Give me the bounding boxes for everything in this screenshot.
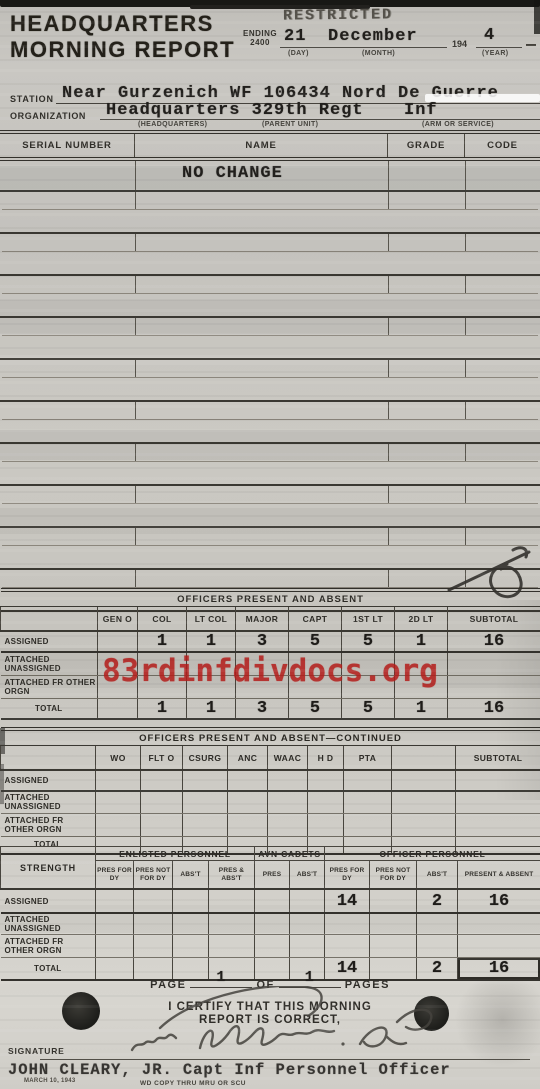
- roster-blank-row: [0, 360, 540, 402]
- officers-columns-row: GEN O COL LT COL MAJOR CAPT 1ST LT 2D LT…: [1, 607, 540, 632]
- arm-of-service-caption: (ARM OR SERVICE): [422, 121, 494, 128]
- row-label: ATTACHED FR OTHER ORGN: [1, 813, 96, 836]
- sub-col: PRESENT & ABSENT: [458, 861, 540, 890]
- pages-label: PAGES: [345, 979, 390, 991]
- col-header: H D: [308, 746, 344, 771]
- ending-label: ENDING 2400: [243, 29, 277, 47]
- col-header: CAPT: [289, 607, 342, 632]
- value-cell: [98, 698, 138, 719]
- group-officer: OFFICER PERSONNEL: [325, 847, 540, 861]
- sub-col: PRES FOR DY: [96, 861, 134, 890]
- row-label: ATTACHED FR OTHER ORGN: [1, 935, 96, 958]
- value-cell: 1: [138, 631, 187, 652]
- morning-report-form: HEADQUARTERS MORNING REPORT RESTRICTED E…: [0, 0, 540, 1089]
- year-value: 4: [484, 26, 495, 45]
- organization-label: ORGANIZATION: [10, 111, 86, 121]
- strength-table: STRENGTH ENLISTED PERSONNEL AVN CADETS O…: [0, 846, 540, 981]
- pages-value: 1: [279, 969, 341, 986]
- of-label: OF: [256, 979, 274, 991]
- form-title-line2: MORNING REPORT: [10, 37, 235, 63]
- value-cell: 1: [395, 698, 448, 719]
- station-label: STATION: [10, 94, 54, 104]
- value-cell: 16: [458, 889, 540, 913]
- group-enlisted: ENLISTED PERSONNEL: [96, 847, 255, 861]
- roster-entry: NO CHANGE: [182, 164, 283, 183]
- arm-of-service-value: Inf: [404, 101, 438, 120]
- officers-continued-table: OFFICERS PRESENT AND ABSENT—CONTINUED WO…: [0, 727, 540, 855]
- col-header: LT COL: [187, 607, 236, 632]
- year-underline: [476, 47, 522, 48]
- col-header: MAJOR: [236, 607, 289, 632]
- sub-col: PRES FOR DY: [325, 861, 370, 890]
- sub-col: PRES: [255, 861, 290, 890]
- restricted-stamp: RESTRICTED: [283, 6, 393, 24]
- roster-header-row: SERIAL NUMBER NAME GRADE CODE: [0, 130, 540, 161]
- col-header: PTA: [344, 746, 392, 771]
- col-header: COL: [138, 607, 187, 632]
- roster-blank-row: [0, 402, 540, 444]
- officers-section-title: OFFICERS PRESENT AND ABSENT: [1, 590, 540, 607]
- col-header: GEN O: [98, 607, 138, 632]
- value-cell: 3: [236, 698, 289, 719]
- continued-assigned-row: ASSIGNED: [1, 770, 540, 791]
- strength-attached-fr-row: ATTACHED FR OTHER ORGN: [1, 935, 540, 958]
- col-header: WAAC: [268, 746, 308, 771]
- sub-col: PRES NOT FOR DY: [370, 861, 417, 890]
- year-prefix: 194: [452, 39, 467, 49]
- typed-name-line: JOHN CLEARY, JR.Capt Inf Personnel Offic…: [8, 1061, 451, 1079]
- row-label: ASSIGNED: [1, 631, 98, 652]
- continued-attached-fr-row: ATTACHED FR OTHER ORGN: [1, 813, 540, 836]
- value-cell: 3: [236, 631, 289, 652]
- day-caption: (DAY): [288, 50, 309, 57]
- col-code: CODE: [465, 134, 540, 157]
- typed-name: JOHN CLEARY, JR.: [8, 1061, 173, 1079]
- value-cell: 2: [417, 889, 458, 913]
- organization-underline: [100, 119, 540, 120]
- strength-assigned-row: ASSIGNED 14 2 16: [1, 889, 540, 913]
- roster-blank-row: [0, 234, 540, 276]
- col-header: ANC: [228, 746, 268, 771]
- typed-title: Capt Inf Personnel Officer: [183, 1061, 451, 1079]
- parent-unit-caption: (PARENT UNIT): [262, 121, 318, 128]
- col-header: SUBTOTAL: [448, 607, 540, 632]
- day-value: 21: [284, 27, 306, 46]
- date-underline: [280, 47, 447, 48]
- value-cell: 16: [448, 698, 540, 719]
- sub-col: PRES NOT FOR DY: [134, 861, 173, 890]
- officers-total-row: TOTAL 1 1 3 5 5 1 16: [1, 698, 540, 719]
- row-label: ATTACHED UNASSIGNED: [1, 791, 96, 813]
- page-label: PAGE: [150, 979, 186, 991]
- col-grade: GRADE: [388, 134, 465, 157]
- value-cell: 5: [342, 631, 395, 652]
- copy-routing-note: WD COPY THRU MRU OR SCU: [140, 1080, 246, 1087]
- sub-col: ABS'T: [173, 861, 209, 890]
- site-watermark: 83rdinfdivdocs.org: [0, 653, 540, 689]
- form-title-line1: HEADQUARTERS: [10, 11, 235, 37]
- strength-attached-unassigned-row: ATTACHED UNASSIGNED: [1, 913, 540, 935]
- roster-entry-row: NO CHANGE: [0, 161, 540, 192]
- row-label: ATTACHED UNASSIGNED: [1, 913, 96, 935]
- row-label: ASSIGNED: [1, 770, 96, 791]
- col-header: WO: [96, 746, 141, 771]
- month-caption: (MONTH): [362, 50, 395, 57]
- value-cell: 5: [289, 698, 342, 719]
- roster-blank-row: [0, 318, 540, 360]
- roster-blank-row: [0, 276, 540, 318]
- roster-blank-row: [0, 444, 540, 486]
- group-avn-cadets: AVN CADETS: [255, 847, 325, 861]
- certification-text: I CERTIFY THAT THIS MORNING REPORT IS CO…: [0, 1001, 540, 1027]
- value-cell: [370, 889, 417, 913]
- page-count-line: PAGE1OF1PAGES: [0, 973, 540, 991]
- form-title: HEADQUARTERS MORNING REPORT: [10, 11, 235, 63]
- col-header: 1ST LT: [342, 607, 395, 632]
- strength-label: STRENGTH: [1, 847, 96, 890]
- organization-value: Headquarters 329th Regt: [106, 101, 364, 120]
- signature-label: SIGNATURE: [8, 1046, 65, 1056]
- page-value: 1: [190, 969, 252, 986]
- col-serial-number: SERIAL NUMBER: [0, 134, 135, 157]
- value-cell: 14: [325, 889, 370, 913]
- year-caption: (YEAR): [482, 50, 509, 57]
- roster-blank-row: [0, 486, 540, 528]
- value-cell: [98, 631, 138, 652]
- value-cell: 1: [187, 631, 236, 652]
- continued-columns-row: WO FLT O CSURG ANC WAAC H D PTA SUBTOTAL: [1, 746, 540, 771]
- year-dash: [526, 44, 536, 46]
- sub-col: ABS'T: [290, 861, 325, 890]
- col-header: CSURG: [183, 746, 228, 771]
- officers-assigned-row: ASSIGNED 1 1 3 5 5 1 16: [1, 631, 540, 652]
- value-cell: 5: [289, 631, 342, 652]
- roster-table: SERIAL NUMBER NAME GRADE CODE NO CHANGE: [0, 130, 540, 612]
- col-name: NAME: [135, 134, 388, 157]
- value-cell: 1: [138, 698, 187, 719]
- col-header: [392, 746, 456, 771]
- form-edition-date: MARCH 10, 1943: [24, 1078, 76, 1084]
- col-header: SUBTOTAL: [456, 746, 540, 771]
- roster-blank-row: [0, 192, 540, 234]
- col-header: FLT O: [141, 746, 183, 771]
- scan-edge-right: [534, 0, 540, 34]
- value-cell: 1: [395, 631, 448, 652]
- month-value: December: [328, 27, 418, 46]
- col-header: 2D LT: [395, 607, 448, 632]
- value-cell: 16: [448, 631, 540, 652]
- value-cell: 5: [342, 698, 395, 719]
- continued-attached-unassigned-row: ATTACHED UNASSIGNED: [1, 791, 540, 813]
- headquarters-caption: (HEADQUARTERS): [138, 121, 207, 128]
- value-cell: 1: [187, 698, 236, 719]
- sub-col: PRES & ABS'T: [209, 861, 255, 890]
- scan-white-streak: [425, 94, 540, 102]
- signature-underline: [40, 1059, 530, 1060]
- officers-continued-title: OFFICERS PRESENT AND ABSENT—CONTINUED: [1, 729, 540, 746]
- roster-blank-row: [0, 528, 540, 570]
- row-label: ASSIGNED: [1, 889, 96, 913]
- strength-group-row: STRENGTH ENLISTED PERSONNEL AVN CADETS O…: [1, 847, 540, 861]
- row-label: TOTAL: [1, 698, 98, 719]
- sub-col: ABS'T: [417, 861, 458, 890]
